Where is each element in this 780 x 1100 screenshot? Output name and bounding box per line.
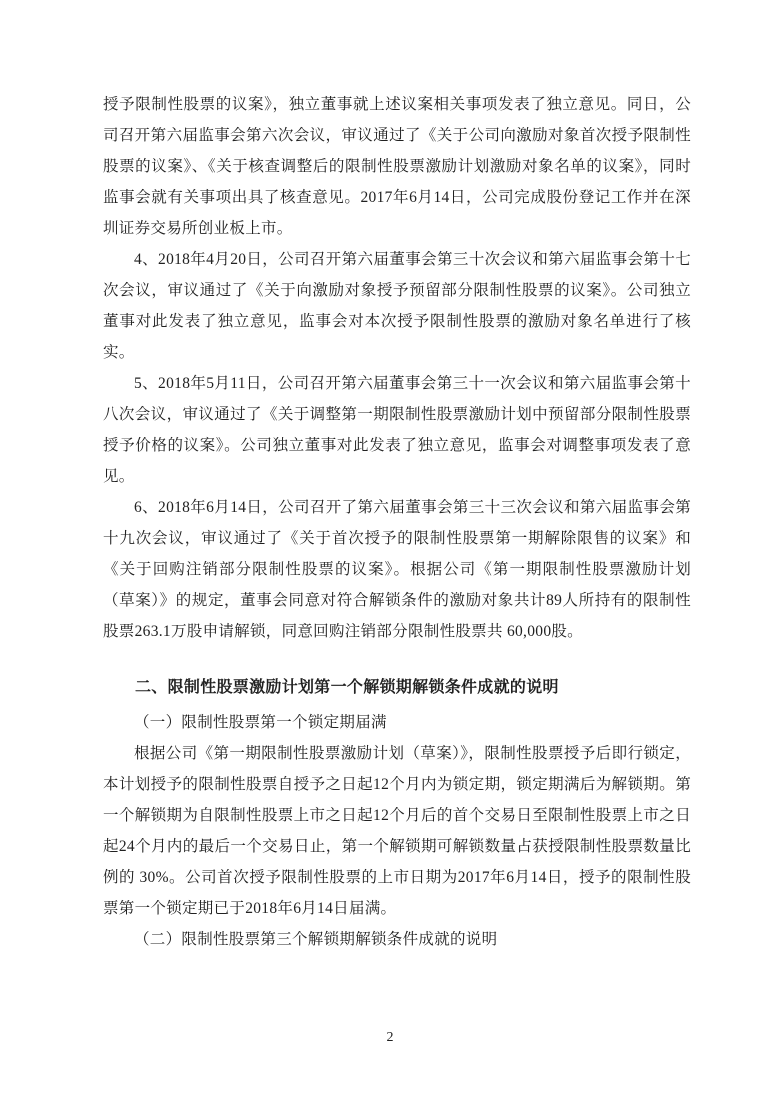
section-heading: 二、限制性股票激励计划第一个解锁期解锁条件成就的说明 bbox=[103, 672, 691, 703]
subsection-body-1: 根据公司《第一期限制性股票激励计划（草案）》，限制性股票授予后即行锁定，本计划授… bbox=[103, 738, 691, 924]
document-body: 授予限制性股票的议案》，独立董事就上述议案相关事项发表了独立意见。同日，公司召开… bbox=[103, 89, 691, 955]
paragraph-continuation: 授予限制性股票的议案》，独立董事就上述议案相关事项发表了独立意见。同日，公司召开… bbox=[103, 89, 691, 244]
paragraph-item-6: 6、2018年6月14日，公司召开了第六届董事会第三十三次会议和第六届监事会第十… bbox=[103, 492, 691, 647]
page-number: 2 bbox=[0, 1028, 780, 1048]
document-page: 授予限制性股票的议案》，独立董事就上述议案相关事项发表了独立意见。同日，公司召开… bbox=[0, 0, 780, 1100]
subsection-heading-1: （一）限制性股票第一个锁定期届满 bbox=[103, 707, 691, 738]
paragraph-item-5: 5、2018年5月11日，公司召开第六届董事会第三十一次会议和第六届监事会第十八… bbox=[103, 368, 691, 492]
paragraph-item-4: 4、2018年4月20日，公司召开第六届董事会第三十次会议和第六届监事会第十七次… bbox=[103, 244, 691, 368]
subsection-heading-2: （二）限制性股票第三个解锁期解锁条件成就的说明 bbox=[103, 924, 691, 955]
